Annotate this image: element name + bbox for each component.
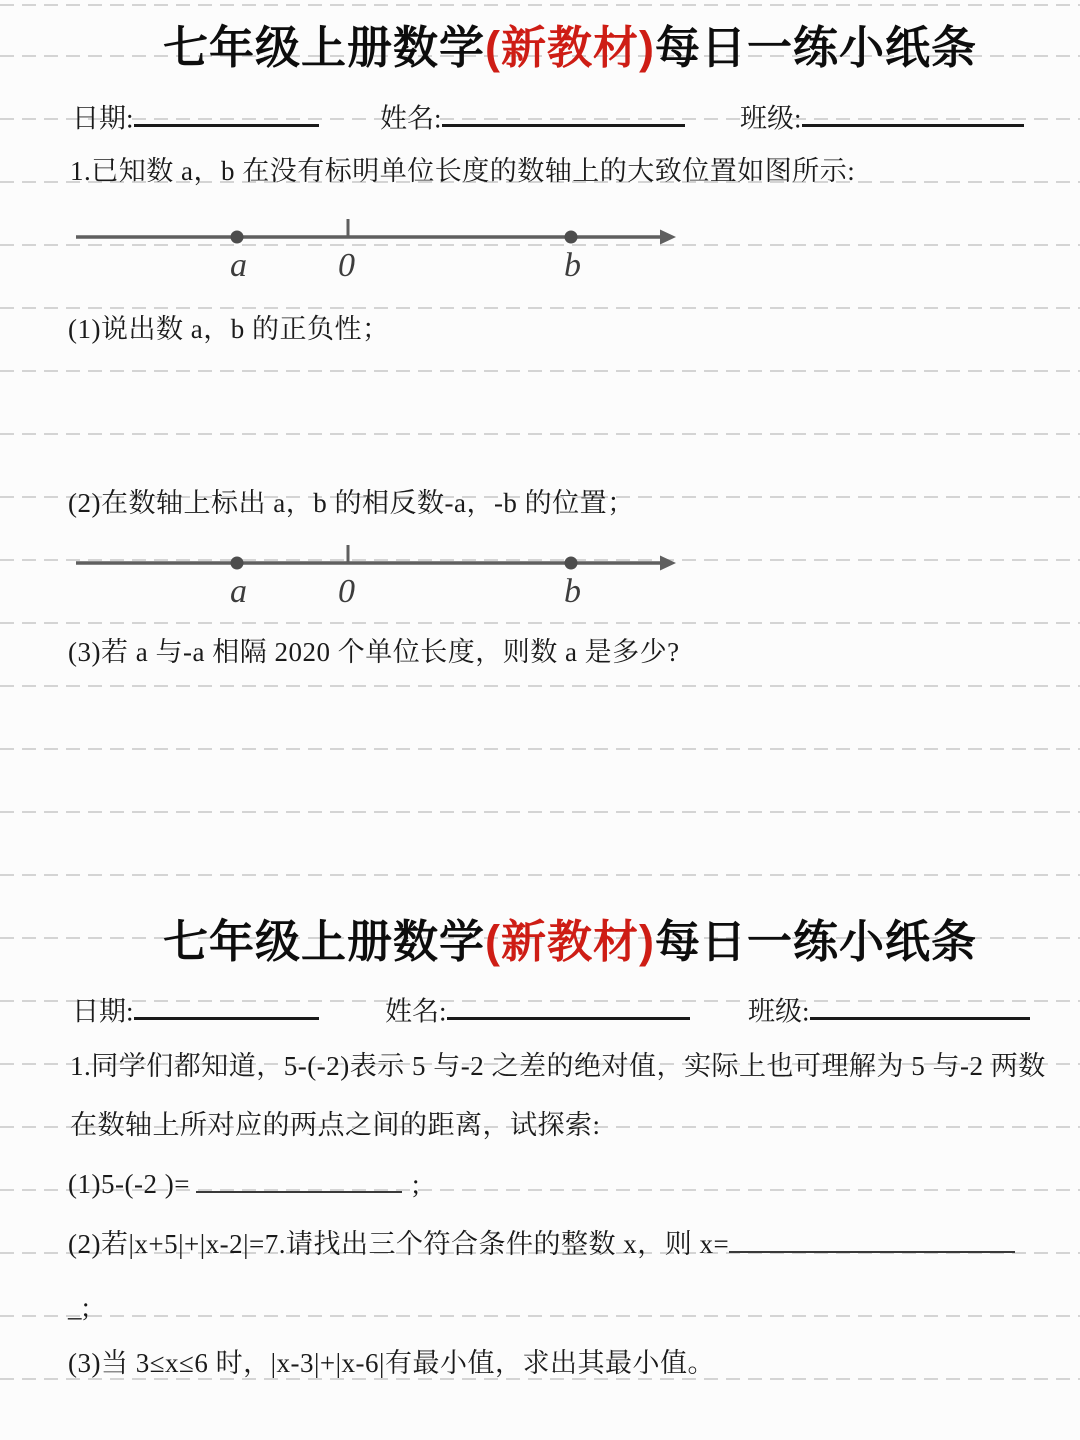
title-highlight: (新教材): [485, 916, 655, 967]
zero-label: 0: [338, 247, 355, 284]
question-2-sub2-wrap: _;: [68, 1290, 90, 1325]
name-label: 姓名:: [380, 103, 442, 133]
ruling-line: [0, 685, 1080, 687]
date-blank: [134, 99, 319, 127]
class-label: 班级:: [748, 996, 810, 1026]
ruling-line: [0, 370, 1080, 372]
zero-label: 0: [338, 573, 355, 610]
answer-blank: [196, 1166, 402, 1193]
title-text: 七年级上册数学: [163, 22, 485, 73]
worksheet-page: 七年级上册数学(新教材)每日一练小纸条 日期: 姓名: 班级: 1.已知数 a，…: [0, 0, 1080, 1440]
title-text: 七年级上册数学: [163, 916, 485, 967]
sub1-suffix: ;: [412, 1169, 420, 1199]
point-a-label: a: [230, 573, 247, 610]
class-field: 班级:: [740, 99, 1024, 135]
date-blank: [134, 992, 319, 1020]
question-1-sub1: (1)说出数 a，b 的正负性；: [68, 312, 389, 347]
point-b-label: b: [564, 247, 581, 284]
question-1: 1.已知数 a，b 在没有标明单位长度的数轴上的大致位置如图所示:: [70, 154, 855, 189]
question-2-line2: 在数轴上所对应的两点之间的距离，试探索:: [70, 1108, 601, 1143]
question-1-sub2: (2)在数轴上标出 a，b 的相反数-a，-b 的位置；: [68, 486, 635, 521]
ruling-line: [0, 622, 1080, 624]
number-line-figure-1: a 0 b: [66, 210, 690, 290]
date-label: 日期:: [72, 103, 134, 133]
ruling-line: [0, 1315, 1080, 1317]
point-a-label: a: [230, 247, 247, 284]
name-field: 姓名:: [380, 99, 685, 135]
date-field: 日期:: [72, 99, 319, 135]
ruling-line: [0, 748, 1080, 750]
ruling-line: [0, 811, 1080, 813]
title-text: 每日一练小纸条: [655, 916, 977, 967]
class-blank: [810, 992, 1030, 1020]
ruling-line: [0, 307, 1080, 309]
section1-title: 七年级上册数学(新教材)每日一练小纸条: [60, 22, 1080, 74]
ruling-line: [0, 433, 1080, 435]
class-field: 班级:: [748, 992, 1030, 1028]
question-1-sub3: (3)若 a 与-a 相隔 2020 个单位长度，则数 a 是多少?: [68, 635, 680, 670]
question-2-sub1: (1)5-(-2 )=;: [68, 1166, 420, 1202]
point-b-dot: [565, 231, 578, 244]
question-2-sub3: (3)当 3≤x≤6 时，|x-3|+|x-6|有最小值，求出其最小值。: [68, 1346, 715, 1381]
name-blank: [442, 99, 685, 127]
point-b-dot: [565, 557, 578, 570]
name-blank: [447, 992, 690, 1020]
title-text: 每日一练小纸条: [655, 22, 977, 73]
ruling-line: [0, 4, 1080, 6]
date-field: 日期:: [72, 992, 319, 1028]
class-label: 班级:: [740, 103, 802, 133]
question-2-line1: 1.同学们都知道，5-(-2)表示 5 与-2 之差的绝对值，实际上也可理解为 …: [70, 1049, 1046, 1084]
question-2-sub2: (2)若|x+5|+|x-2|=7.请找出三个符合条件的整数 x，则 x=: [68, 1226, 1015, 1262]
axis-arrow-icon: [660, 556, 676, 571]
point-a-dot: [231, 557, 244, 570]
answer-blank: [729, 1226, 1015, 1253]
name-field: 姓名:: [385, 992, 690, 1028]
sub2-prefix: (2)若|x+5|+|x-2|=7.请找出三个符合条件的整数 x，则 x=: [68, 1229, 729, 1259]
ruling-line: [0, 874, 1080, 876]
point-a-dot: [231, 231, 244, 244]
title-highlight: (新教材): [485, 22, 655, 73]
section2-title: 七年级上册数学(新教材)每日一练小纸条: [60, 916, 1080, 968]
point-b-label: b: [564, 573, 581, 610]
class-blank: [802, 99, 1024, 127]
sub1-prefix: (1)5-(-2 )=: [68, 1169, 190, 1199]
axis-arrow-icon: [660, 230, 676, 245]
name-label: 姓名:: [385, 996, 447, 1026]
number-line-figure-2: a 0 b: [66, 536, 690, 616]
date-label: 日期:: [72, 996, 134, 1026]
